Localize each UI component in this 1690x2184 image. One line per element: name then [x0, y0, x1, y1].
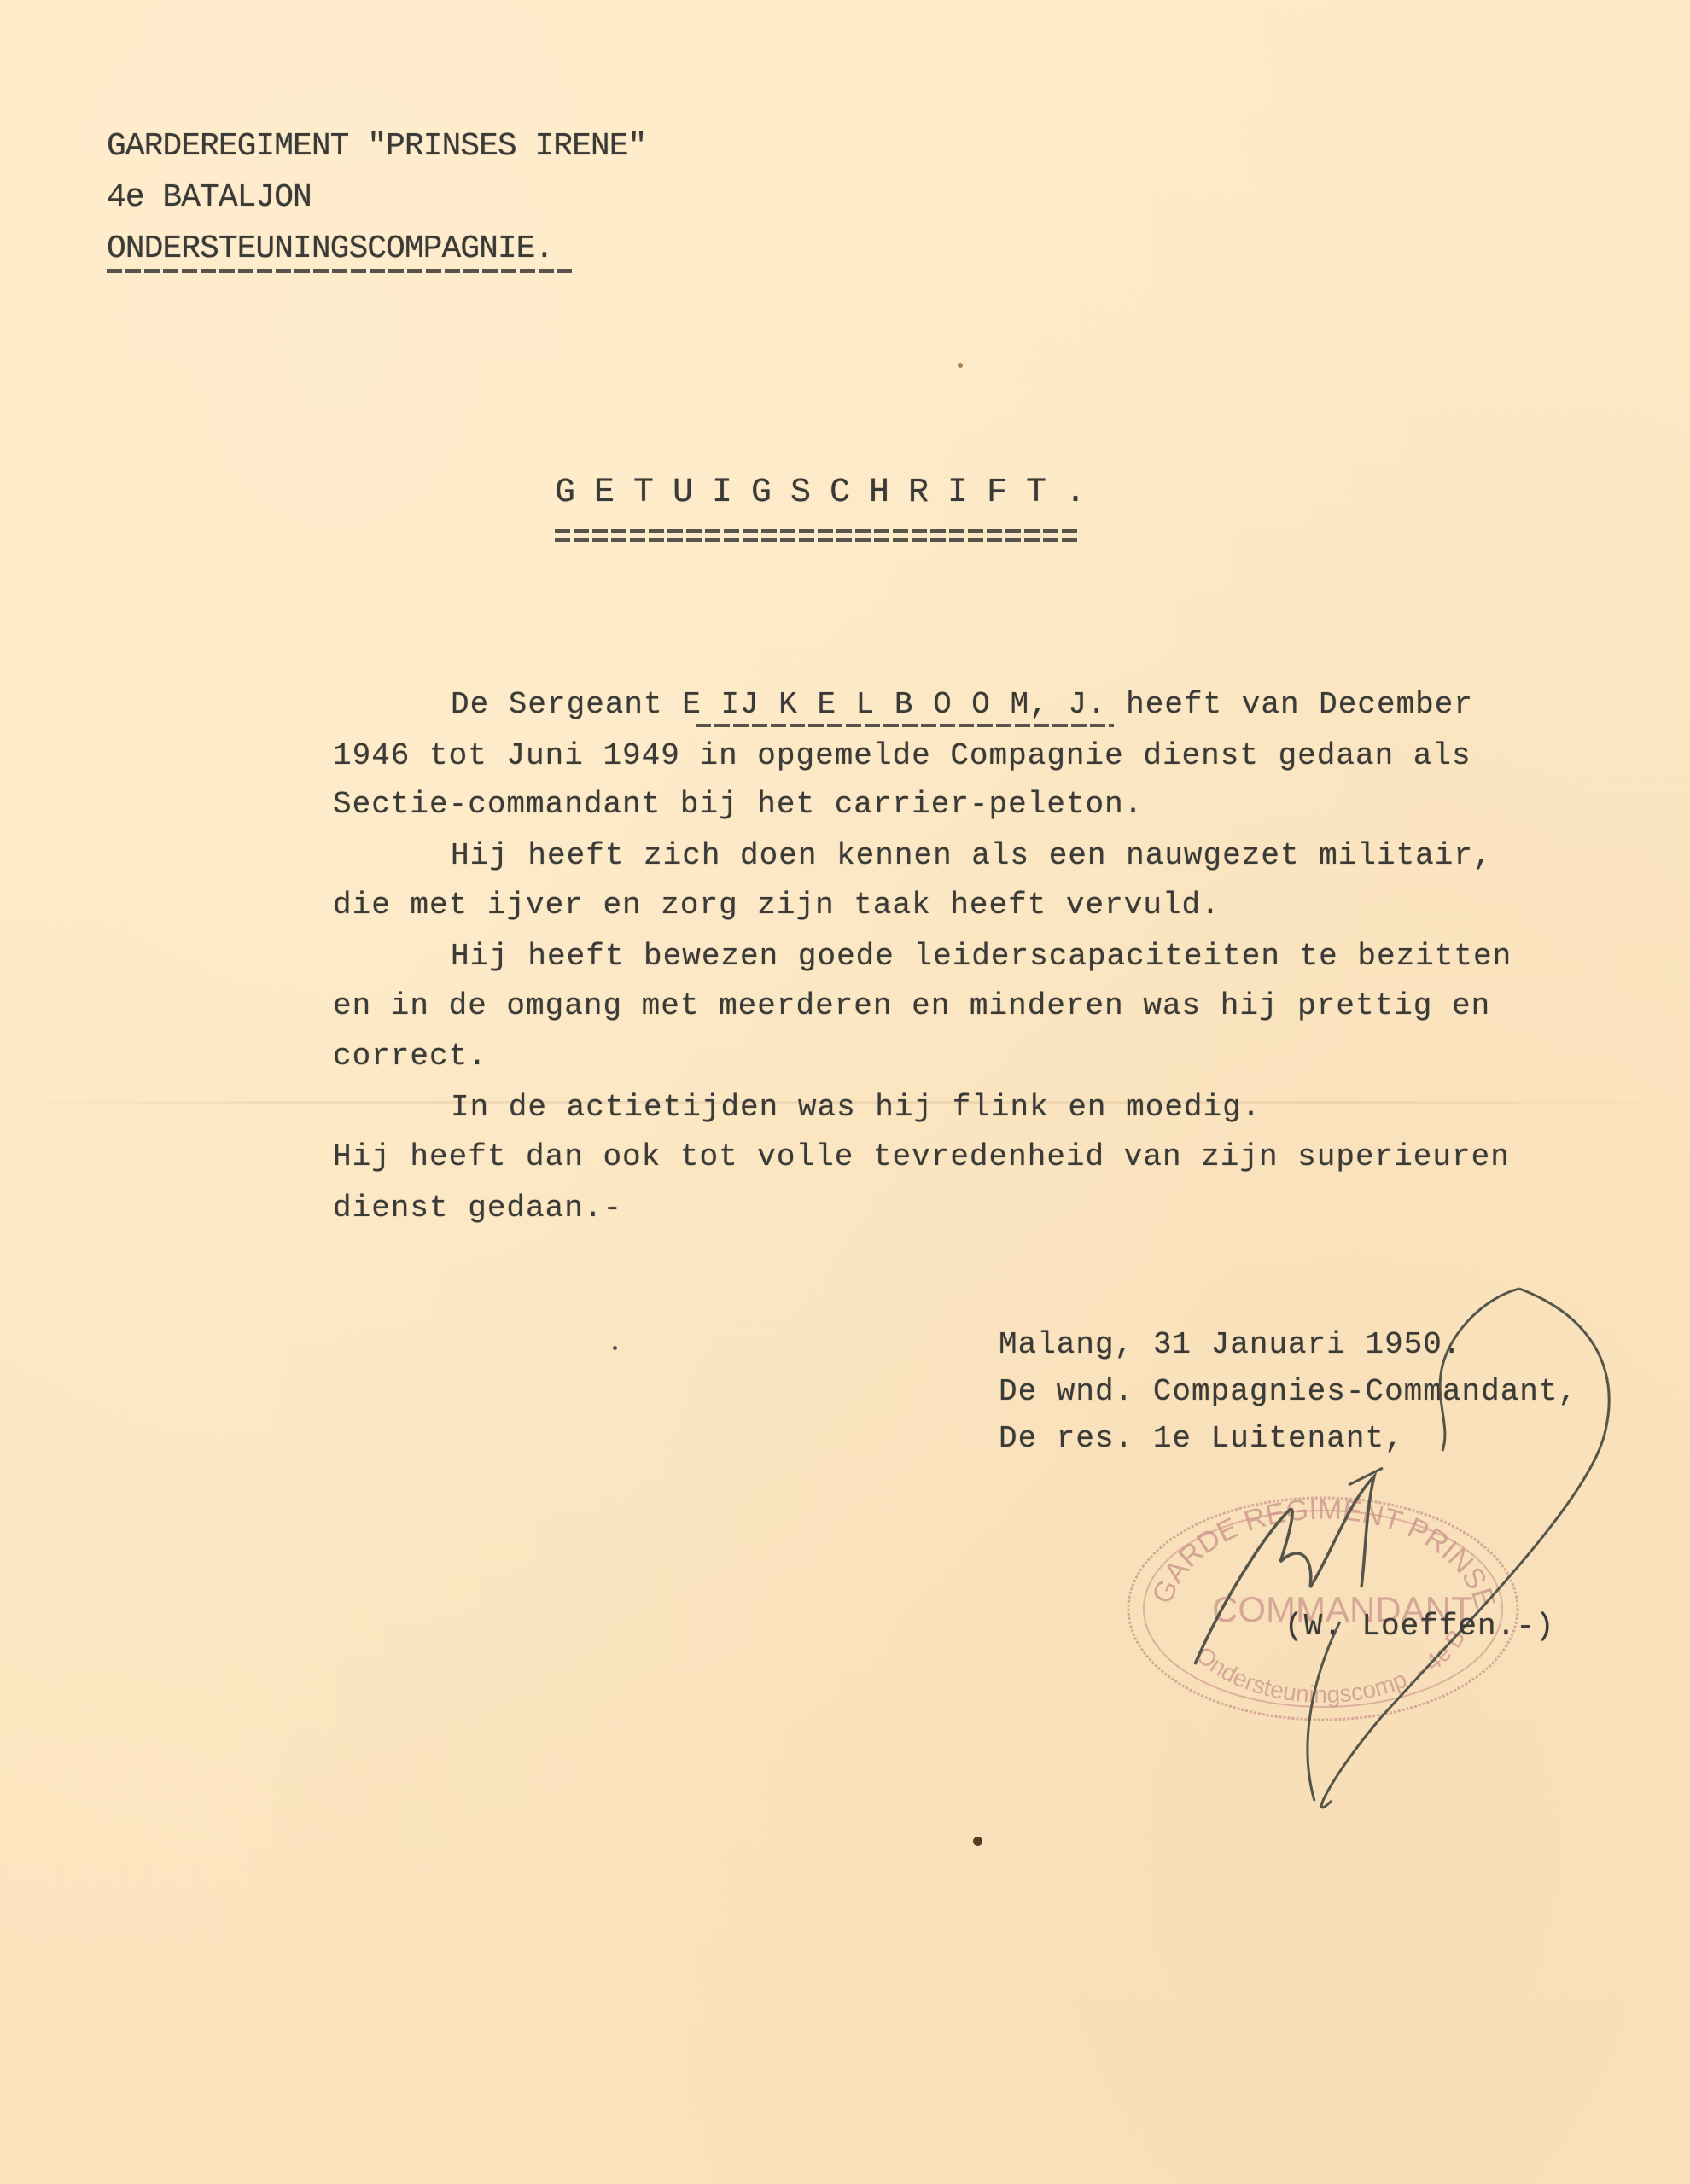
ink-speck [973, 1837, 982, 1846]
handwritten-signature [0, 0, 1690, 2184]
paper-speck [958, 363, 963, 368]
signatory-name: (W. Loeffen.-) [1285, 1609, 1554, 1644]
paper-speck [613, 1346, 617, 1350]
